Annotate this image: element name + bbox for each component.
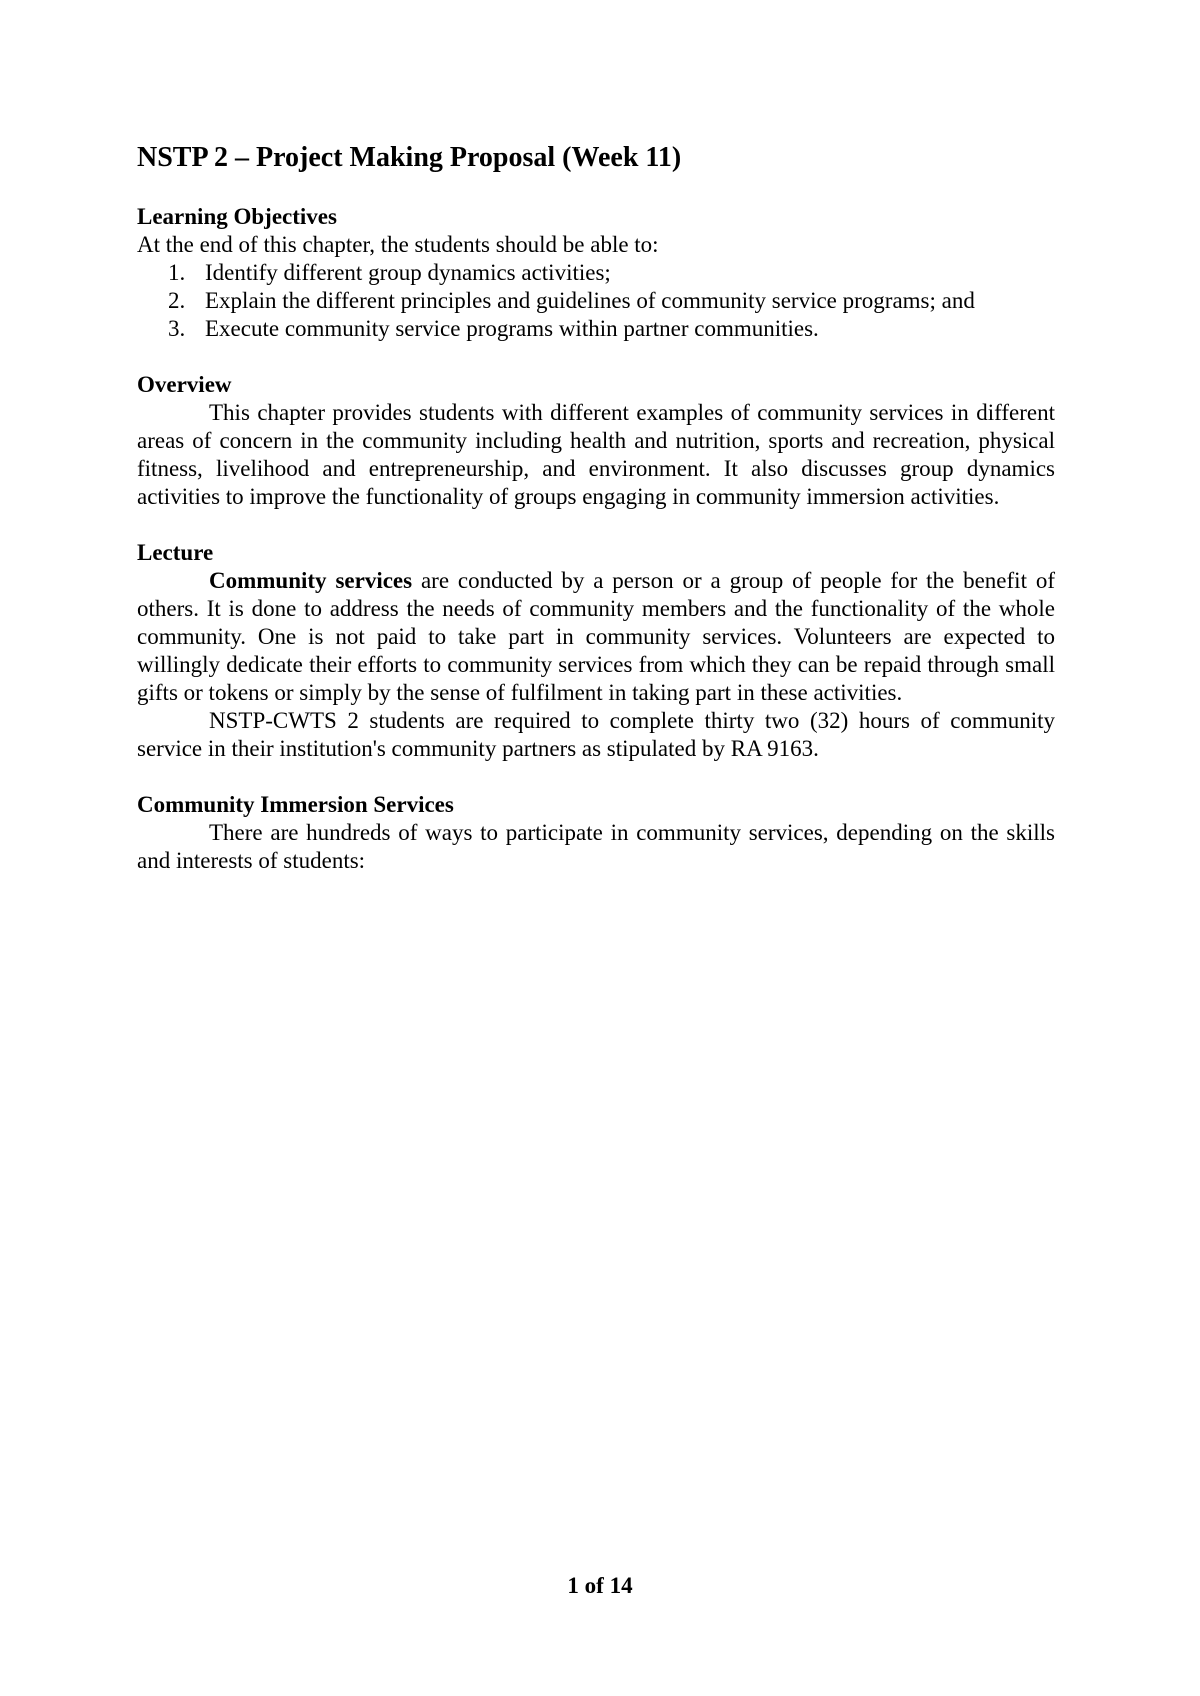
learning-objectives-intro: At the end of this chapter, the students… bbox=[137, 231, 1055, 259]
list-number: 3. bbox=[168, 315, 185, 343]
document-title: NSTP 2 – Project Making Proposal (Week 1… bbox=[137, 141, 1055, 175]
list-item-text: Execute community service programs withi… bbox=[205, 316, 819, 341]
list-item: 1. Identify different group dynamics act… bbox=[137, 259, 1055, 287]
lecture-paragraph-2: NSTP-CWTS 2 students are required to com… bbox=[137, 707, 1055, 763]
section-overview: Overview This chapter provides students … bbox=[137, 371, 1055, 511]
document-content: NSTP 2 – Project Making Proposal (Week 1… bbox=[137, 141, 1055, 875]
lecture-lead-bold: Community services bbox=[209, 568, 412, 593]
document-page: NSTP 2 – Project Making Proposal (Week 1… bbox=[0, 0, 1200, 1696]
section-lecture: Lecture Community services are conducted… bbox=[137, 539, 1055, 763]
list-item: 3. Execute community service programs wi… bbox=[137, 315, 1055, 343]
community-immersion-paragraph: There are hundreds of ways to participat… bbox=[137, 819, 1055, 875]
learning-objectives-heading: Learning Objectives bbox=[137, 203, 1055, 231]
community-immersion-heading: Community Immersion Services bbox=[137, 791, 1055, 819]
page-number: 1 of 14 bbox=[0, 1572, 1200, 1600]
list-number: 1. bbox=[168, 259, 185, 287]
list-number: 2. bbox=[168, 287, 185, 315]
overview-heading: Overview bbox=[137, 371, 1055, 399]
lecture-paragraph-1: Community services are conducted by a pe… bbox=[137, 567, 1055, 707]
lecture-heading: Lecture bbox=[137, 539, 1055, 567]
objectives-list: 1. Identify different group dynamics act… bbox=[137, 259, 1055, 343]
list-item: 2. Explain the different principles and … bbox=[137, 287, 1055, 315]
section-learning-objectives: Learning Objectives At the end of this c… bbox=[137, 203, 1055, 343]
list-item-text: Identify different group dynamics activi… bbox=[205, 260, 611, 285]
section-community-immersion: Community Immersion Services There are h… bbox=[137, 791, 1055, 875]
overview-paragraph: This chapter provides students with diff… bbox=[137, 399, 1055, 511]
list-item-text: Explain the different principles and gui… bbox=[205, 288, 975, 313]
